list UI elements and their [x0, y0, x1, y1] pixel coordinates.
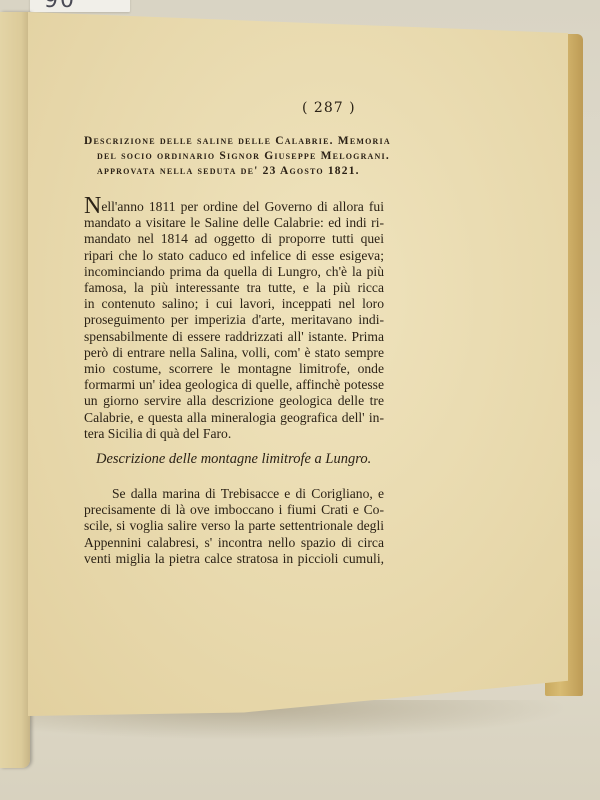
text-line: tera Sicilia di quà del Faro.: [84, 426, 384, 442]
page-number: ( 287 ): [302, 100, 356, 116]
text-line: formarmi un' idea geologica di quelle, a…: [84, 377, 384, 393]
text-line: però di entrare nella Salina, volli, com…: [84, 345, 384, 361]
text-line: scile, si voglia salire verso la parte s…: [84, 518, 384, 534]
left-page-leaf: [0, 12, 30, 768]
paragraph-1: Nell'anno 1811 per ordine del Governo di…: [84, 199, 384, 442]
article-heading: Descrizione delle saline delle Calabrie.…: [84, 134, 384, 179]
text-line: mio costume, scorrere le montagne limitr…: [84, 361, 384, 377]
text-line: Se dalla marina di Trebisacce e di Corig…: [84, 486, 384, 502]
heading-line: Descrizione delle saline delle Calabrie.…: [84, 134, 384, 149]
text-line: Appennini calabresi, s' incontra nello s…: [84, 535, 384, 551]
text-line: spensabilmente di essere raddrizzati all…: [84, 329, 384, 345]
text-line: mandato nel 1814 ad oggetto di proporre …: [84, 231, 384, 247]
heading-line: del socio ordinario Signor Giuseppe Melo…: [84, 149, 384, 164]
text-line: precisamente di là ove imboccano i fiumi…: [84, 502, 384, 518]
text-line: venti miglia la pietra calce stratosa in…: [84, 551, 384, 567]
text-line: Nell'anno 1811 per ordine del Governo di…: [84, 199, 384, 215]
text-line: famosa, la più interessante tra tutte, e…: [84, 280, 384, 296]
inventory-number: 90: [44, 0, 76, 13]
text-line: in contenuto salino; i cui lavori, incep…: [84, 296, 384, 312]
text-line: incominciando prima da quella di Lungro,…: [84, 264, 384, 280]
text-line: un giorno servire alla descrizione geolo…: [84, 393, 384, 409]
text-line: Calabrie, e questa alla mineralogia geog…: [84, 410, 384, 426]
heading-line: approvata nella seduta de' 23 Agosto 182…: [84, 164, 384, 179]
text-line: proseguimento per imperizia d'arte, meri…: [84, 312, 384, 328]
text-line: mandato a visitare le Saline delle Calab…: [84, 215, 384, 231]
text-line: ripari che lo stato caduco ed infelice d…: [84, 248, 384, 264]
paragraph-2: Se dalla marina di Trebisacce e di Corig…: [84, 486, 384, 567]
section-subheading: Descrizione delle montagne limitrofe a L…: [96, 451, 371, 468]
inventory-label-tag: 90: [30, 0, 130, 12]
